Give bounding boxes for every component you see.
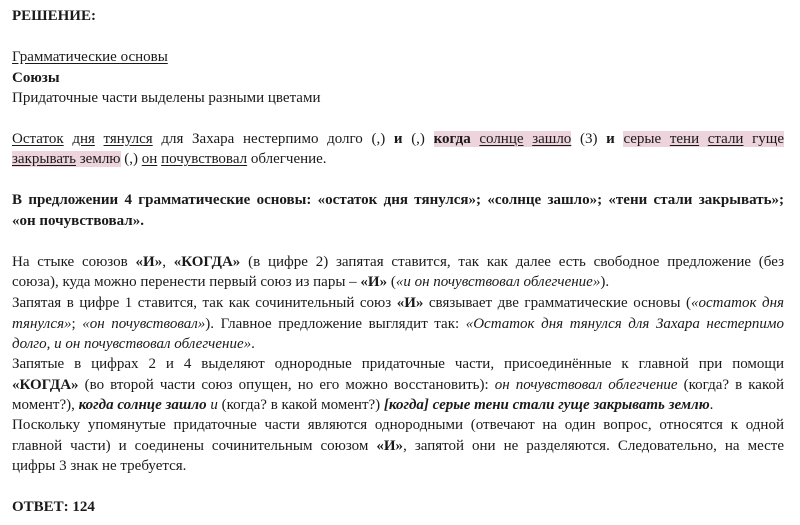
sentence-line-1: Остаток дня тянулся для Захара нестерпим… <box>12 129 784 149</box>
sentence-text: (,) <box>403 131 434 147</box>
legend-conjunctions: Союзы <box>12 68 784 88</box>
text: , запятой они не разделяются. Следовател… <box>403 438 784 454</box>
text: Запятая в цифре 1 ставится, так как сочи… <box>12 295 397 311</box>
sentence-text: землю <box>76 151 121 167</box>
base-word: тянулся <box>104 131 153 147</box>
subordinate-clause-2: серые тени стали гуще <box>623 131 784 147</box>
base-word: Остаток <box>12 131 64 147</box>
base-word: дня <box>72 131 95 147</box>
sentence-text: для Захара нестерпимо долго (,) <box>153 131 394 147</box>
sentence-text: серые <box>623 131 669 147</box>
quote: тянулся» <box>12 316 72 332</box>
quote: «и он почувствовал облегчение» <box>396 274 601 290</box>
base-word: он <box>142 151 158 167</box>
sentence-text: (3) <box>571 131 606 147</box>
text: , <box>162 254 174 270</box>
quote: [когда] серые тени стали гуще закрывать … <box>384 397 710 413</box>
quote: «остаток дня <box>691 295 784 311</box>
explanation-p4-line-3: цифры 3 знак не требуется. <box>12 456 784 476</box>
quote: «он почувствовал» <box>82 316 205 332</box>
legend-subordinate: Придаточные части выделены разными цвета… <box>12 88 784 108</box>
explanation-p1-line-1: На стыке союзов «И», «КОГДА» (в цифре 2)… <box>12 252 784 272</box>
text: . <box>710 397 714 413</box>
base-word: стали <box>708 131 744 147</box>
bases-summary-line-1: В предложении 4 грамматические основы: «… <box>12 190 784 210</box>
explanation-p2-line-1: Запятая в цифре 1 ставится, так как сочи… <box>12 293 784 313</box>
explanation-p1-line-2: союза), куда можно перенести первый союз… <box>12 272 784 292</box>
text: (когда? в какой момент?) <box>218 397 384 413</box>
sentence-text: гуще <box>743 131 784 147</box>
text: момент?), <box>12 397 79 413</box>
text: главной части) и соединены сочинительным… <box>12 438 376 454</box>
conjunction: и <box>606 131 615 147</box>
conjunction-ref: «И» <box>376 438 403 454</box>
text: (когда? в какой <box>678 377 784 393</box>
sentence-text: (,) <box>121 151 142 167</box>
explanation-p3-line-1: Запятые в цифрах 2 и 4 выделяют однородн… <box>12 354 784 374</box>
conjunction: и <box>394 131 403 147</box>
conjunction-ref: «И» <box>360 274 387 290</box>
quote: долго, и он почувствовал облегчение» <box>12 336 251 352</box>
explanation-p2-line-2: тянулся»; «он почувствовал»). Главное пр… <box>12 314 784 334</box>
text: ; <box>72 316 83 332</box>
sentence-text: облегчение. <box>247 151 326 167</box>
text: (во второй части союз опущен, но его мож… <box>79 377 495 393</box>
text: ). Главное предложение выглядит так: <box>205 316 465 332</box>
legend-grammar-bases: Грамматические основы <box>12 47 168 67</box>
explanation-p2-line-3: долго, и он почувствовал облегчение». <box>12 334 784 354</box>
conjunction-ref: «И» <box>136 254 163 270</box>
conjunction-ref: «И» <box>397 295 424 311</box>
conjunction-ref: «КОГДА» <box>174 254 241 270</box>
quote: когда солнце зашло <box>79 397 207 413</box>
sentence-line-2: закрывать землю (,) он почувствовал обле… <box>12 149 784 169</box>
answer: ОТВЕТ: 124 <box>12 497 784 517</box>
solution-heading: РЕШЕНИЕ: <box>12 6 784 26</box>
quote: и <box>207 397 218 413</box>
subordinate-clause-2-cont: закрывать землю <box>12 151 121 167</box>
explanation-p4-line-2: главной части) и соединены сочинительным… <box>12 436 784 456</box>
base-word: закрывать <box>12 151 76 167</box>
solution-document: РЕШЕНИЕ: Грамматические основы Союзы При… <box>0 0 800 525</box>
explanation-p3-line-2: «КОГДА» (во второй части союз опущен, но… <box>12 375 784 395</box>
quote: «Остаток дня тянулся для Захара нестерпи… <box>466 316 784 332</box>
explanation-p4-line-1: Поскольку упомянутые придаточные части я… <box>12 415 784 435</box>
text: ( <box>387 274 396 290</box>
text: ). <box>600 274 609 290</box>
explanation-p3-line-3: момент?), когда солнце зашло и (когда? в… <box>12 395 784 415</box>
base-word: тени <box>670 131 699 147</box>
bases-summary-line-2: «он почувствовал». <box>12 211 784 231</box>
quote: он почувствовал облегчение <box>495 377 678 393</box>
conjunction-ref: «КОГДА» <box>12 377 79 393</box>
text: . <box>251 336 255 352</box>
conjunction: когда <box>434 131 471 147</box>
text: (в цифре 2) запятая ставится, так как да… <box>240 254 784 270</box>
text: союза), куда можно перенести первый союз… <box>12 274 360 290</box>
text: связывает две грамматические основы ( <box>423 295 691 311</box>
base-word: солнце <box>479 131 523 147</box>
subordinate-clause-1: когда солнце зашло <box>434 131 572 147</box>
base-word: зашло <box>532 131 571 147</box>
base-word: почувствовал <box>161 151 247 167</box>
text: На стыке союзов <box>12 254 136 270</box>
